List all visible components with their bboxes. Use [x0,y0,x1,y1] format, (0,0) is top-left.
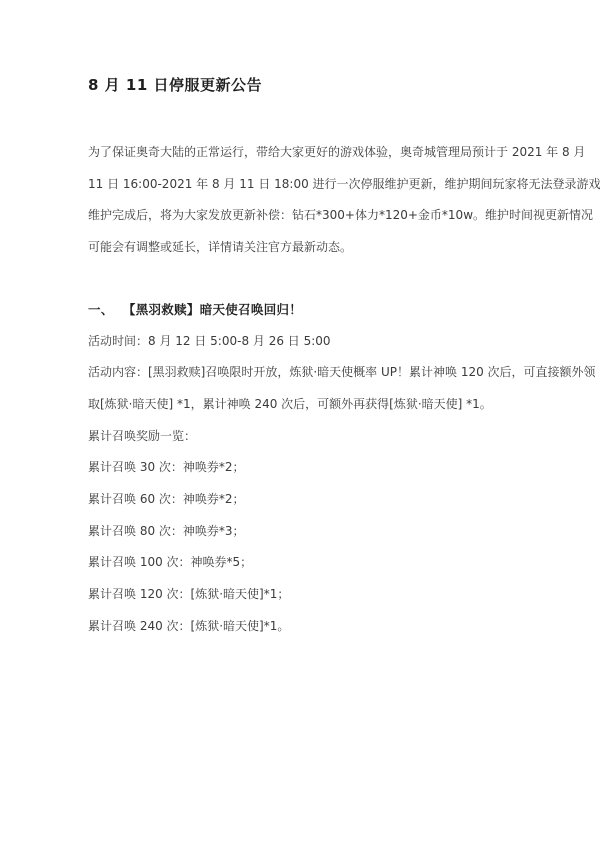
activity-time-line: 活动时间：8 月 12 日 5:00-8 月 26 日 5:00 [88,326,516,358]
reward-line: 累计召唤 240 次：[炼狱·暗天使]*1。 [88,611,516,643]
intro-paragraph-line: 11 日 16:00-2021 年 8 月 11 日 18:00 进行一次停服维… [88,169,516,201]
document-title: 8 月 11 日停服更新公告 [88,74,516,96]
reward-line: 累计召唤 100 次：神唤券*5； [88,547,516,579]
document-body: 8 月 11 日停服更新公告 为了保证奥奇大陆的正常运行，带给大家更好的游戏体验… [88,74,516,643]
reward-line: 累计召唤 120 次：[炼狱·暗天使]*1； [88,579,516,611]
document-page: 8 月 11 日停服更新公告 为了保证奥奇大陆的正常运行，带给大家更好的游戏体验… [0,0,600,848]
activity-content-line: 取[炼狱·暗天使] *1，累计神唤 240 次后，可额外再获得[炼狱·暗天使] … [88,389,516,421]
rewards-intro-line: 累计召唤奖励一览： [88,421,516,453]
reward-line: 累计召唤 60 次：神唤券*2； [88,484,516,516]
intro-paragraph-line: 为了保证奥奇大陆的正常运行，带给大家更好的游戏体验，奥奇城管理局预计于 2021… [88,137,516,169]
section1-heading: 一、 【黑羽救赎】暗天使召唤回归！ [88,294,516,326]
reward-line: 累计召唤 30 次：神唤券*2； [88,452,516,484]
reward-line: 累计召唤 80 次：神唤券*3； [88,516,516,548]
intro-paragraph-line: 可能会有调整或延长，详情请关注官方最新动态。 [88,232,516,264]
activity-content-line: 活动内容：[黑羽救赎]召唤限时开放，炼狱·暗天使概率 UP！累计神唤 120 次… [88,357,516,389]
intro-paragraph-line: 维护完成后，将为大家发放更新补偿：钻石*300+体力*120+金币*10w。维护… [88,200,516,232]
